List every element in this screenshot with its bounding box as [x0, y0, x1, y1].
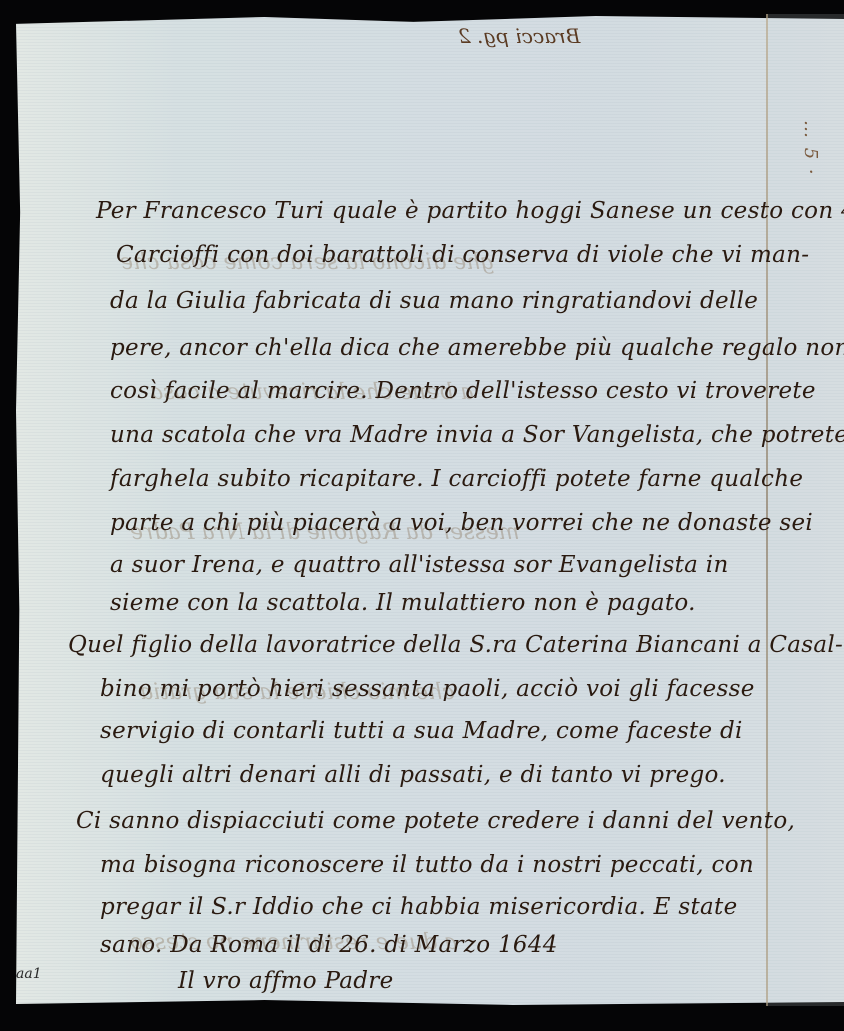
letter-line: pregar il S.r Iddio che ci habbia miseri… [100, 894, 738, 920]
letter-line: farghela subito ricapitare. I carcioffi … [110, 466, 803, 492]
letter-line: da la Giulia fabricata di sua mano ringr… [110, 288, 758, 314]
letter-line: pere, ancor ch'ella dica che amerebbe pi… [110, 335, 844, 361]
letter-line: servigio di contarli tutti a sua Madre, … [100, 718, 743, 744]
letter-line: Quel figlio della lavoratrice della S.ra… [68, 632, 843, 658]
letter-line: così facile al marcire. Dentro dell'iste… [110, 378, 816, 404]
letter-line: Carcioffi con doi barattoli di conserva … [116, 242, 809, 268]
letter-line: Per Francesco Turi quale è partito hoggi… [96, 198, 844, 224]
letter-line: sieme con la scattola. Il mulattiero non… [110, 590, 696, 616]
letter-line: a suor Irena, e quattro all'istessa sor … [110, 552, 729, 578]
letter-line: parte a chi più piacerà a voi, ben vorre… [110, 510, 813, 536]
docket-note: Bracci pg. 2 [458, 24, 580, 48]
letter-line: ma bisogna riconoscere il tutto da i nos… [100, 852, 754, 878]
letter-line: una scatola che vra Madre invia a Sor Va… [110, 422, 844, 448]
letter-line: sano. Da Roma il di 26. di Marzo 1644 [100, 932, 558, 958]
signature: Il vro affmo Padre [178, 968, 394, 994]
letter-line: quegli altri denari alli di passati, e d… [100, 762, 726, 788]
letter-line: Ci sanno dispiacciuti come potete creder… [76, 808, 795, 834]
corner-note: aa1 [16, 966, 42, 982]
margin-note: … 5 · [800, 120, 821, 177]
letter-line: bino mi portò hieri sessanta paoli, acci… [100, 676, 755, 702]
